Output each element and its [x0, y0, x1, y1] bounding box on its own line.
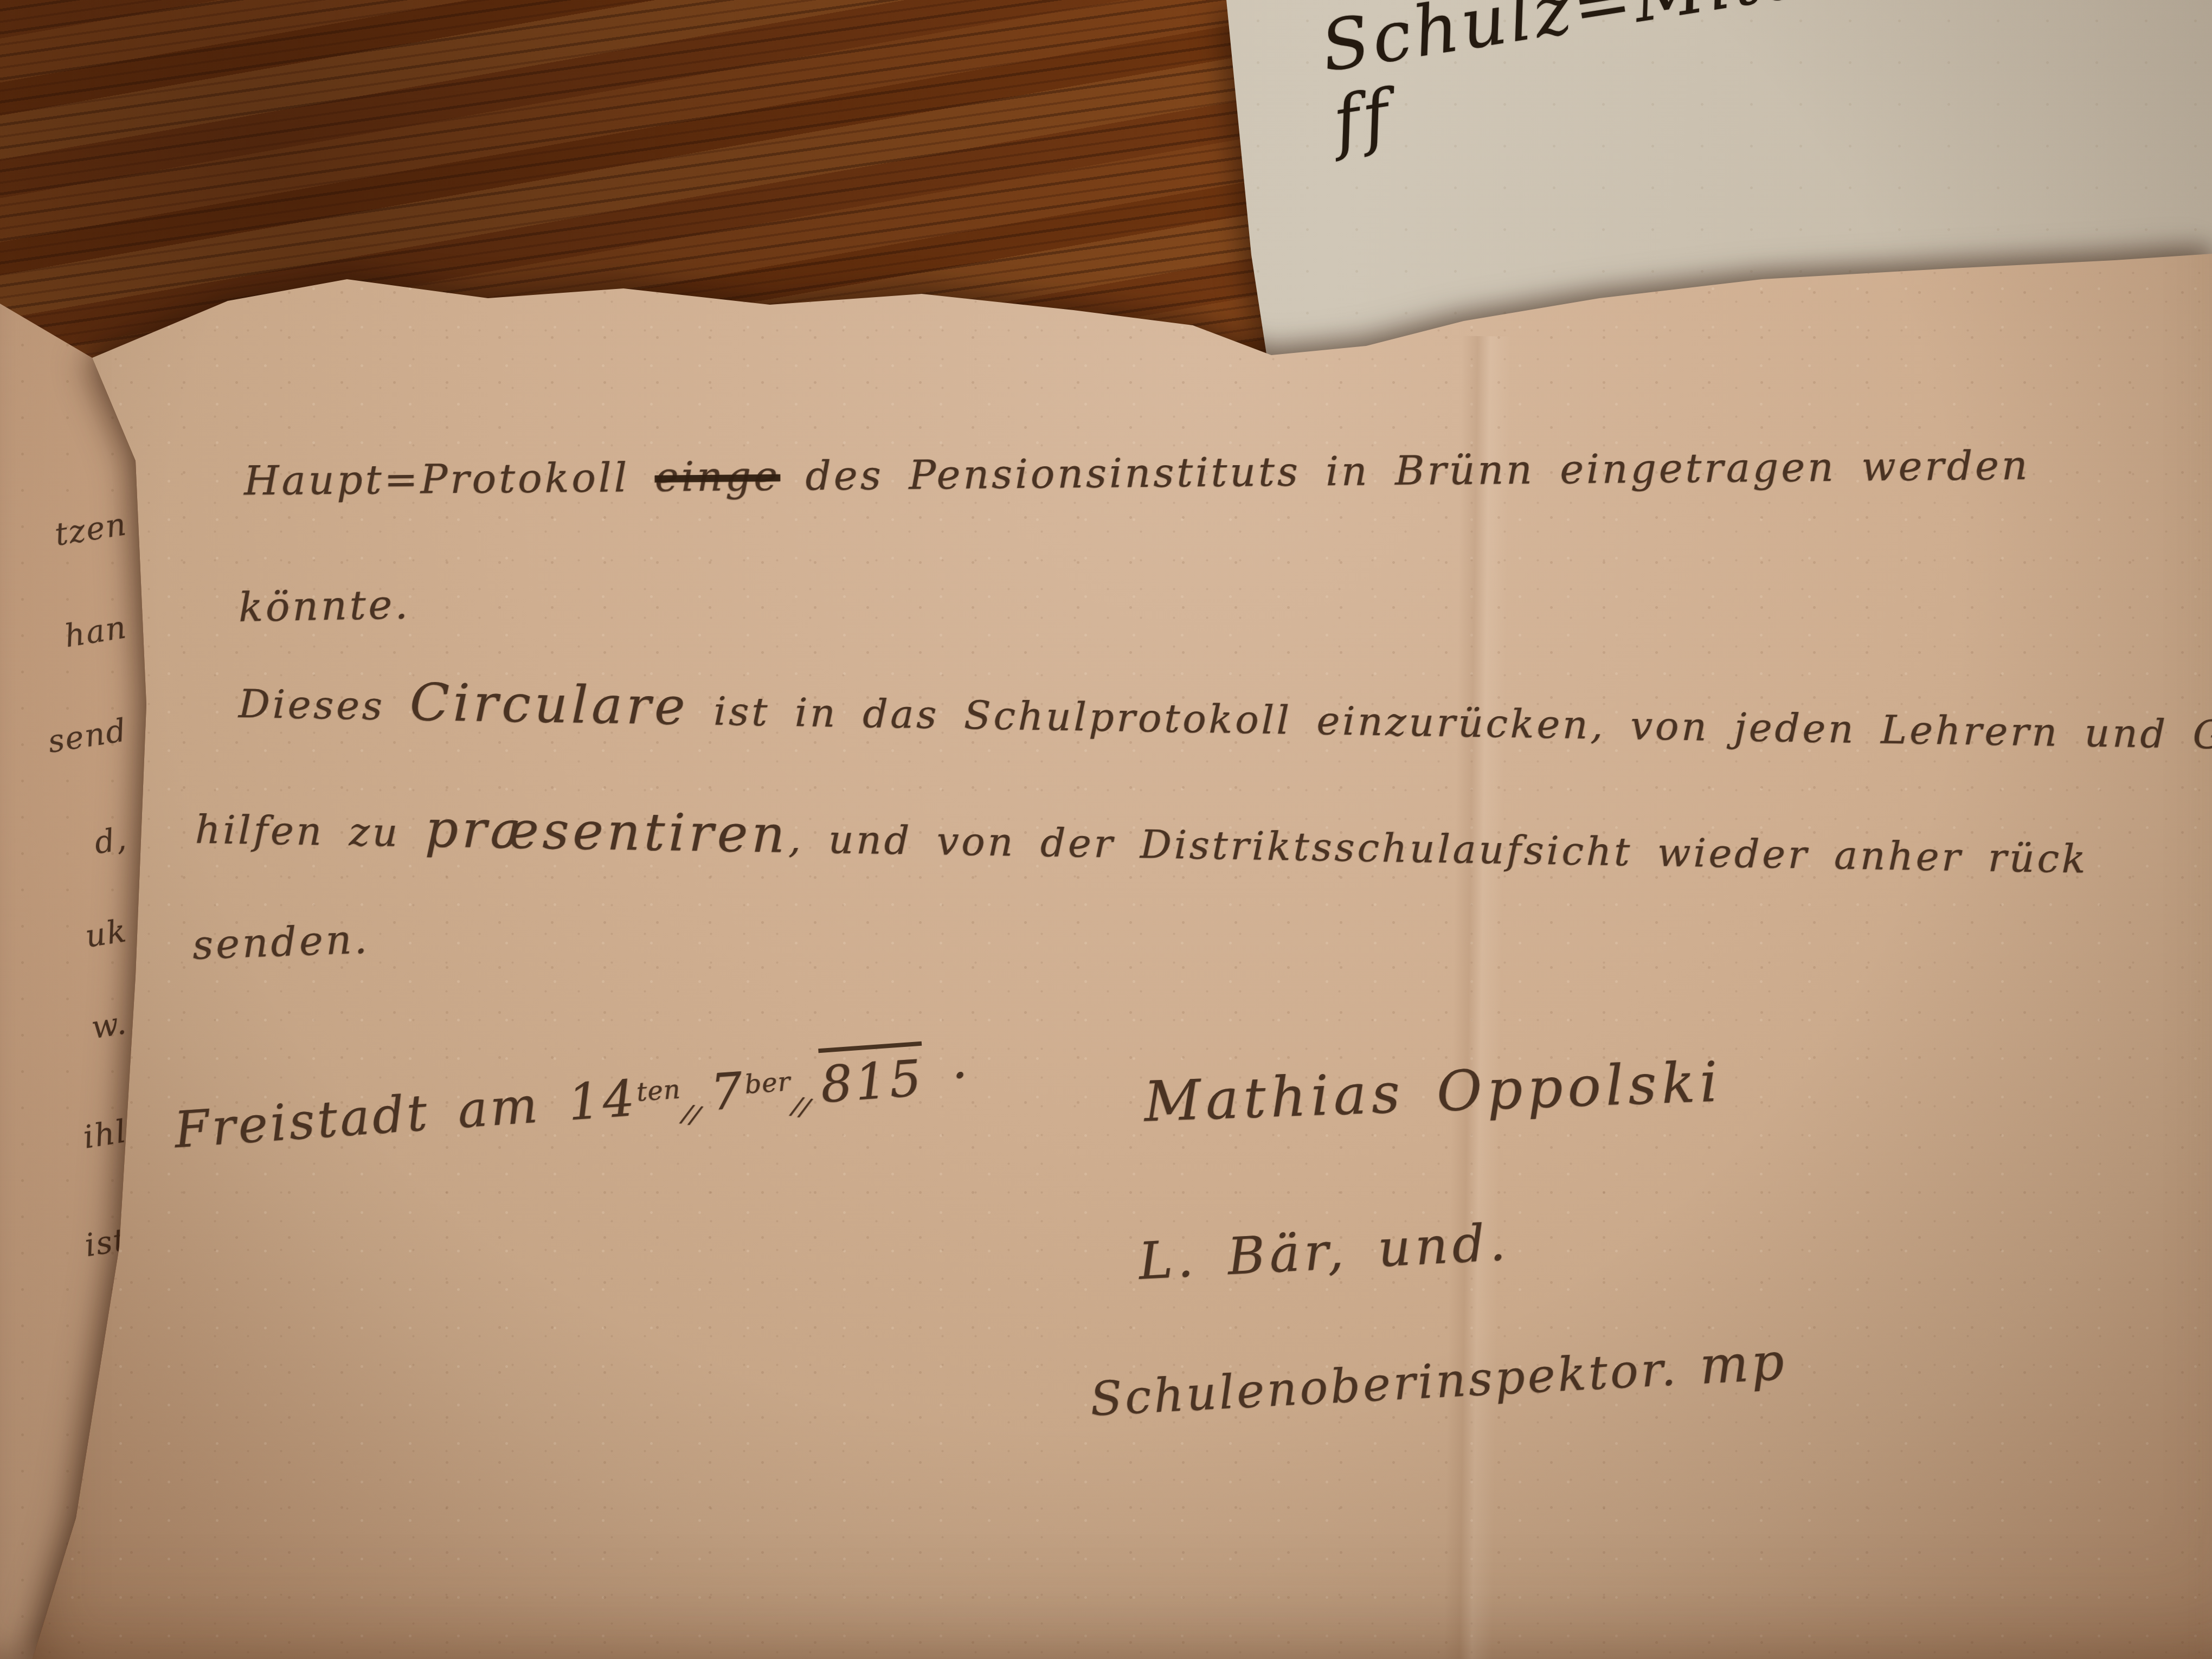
abbreviation-slashes: // [790, 1091, 812, 1123]
dateline-end-dot: · [950, 1046, 973, 1105]
signature-schulenoberinspektor: Schulenoberinspektor.mp [1089, 1332, 1788, 1427]
manu-propria-flourish: mp [1698, 1332, 1788, 1396]
dateline-month-suffix: ber [744, 1067, 792, 1100]
signature-title: Schulenoberinspektor. [1089, 1342, 1680, 1427]
circulare-line-1-start: Dieses [238, 681, 410, 729]
latin-word-praesentiren: præsentiren [425, 799, 789, 865]
circulare-line-2-start: hilfen zu [195, 807, 425, 856]
photo-scene: Schulz=Mittheilung ff tzen han send d, u… [0, 0, 2212, 1659]
signature-mathias-oppolski: Mathias Oppolski [1143, 1050, 1724, 1134]
fold-crease [1444, 336, 1511, 1659]
dateline-month: 7 [709, 1062, 747, 1122]
dateline-day: 14 [566, 1069, 639, 1132]
protocol-line-1: Haupt=Protokoll einge des Pensionsinstit… [244, 442, 2030, 505]
dateline-place: Freistadt am [172, 1074, 570, 1160]
circulare-line-1-end: ist in das Schulprotokoll einzurücken, v… [689, 688, 2212, 758]
protocol-line-2: könnte. [238, 581, 410, 631]
circulare-line-2: hilfen zu præsentiren, und von der Distr… [195, 796, 2088, 885]
dateline-year: 815 [818, 1041, 926, 1114]
abbreviation-slashes: // [680, 1098, 702, 1130]
dateline-day-suffix: ten [635, 1075, 681, 1108]
dateline: Freistadt am 14ten//7ber//815 · [172, 1046, 973, 1159]
circulare-line-1: Dieses Circulare ist in das Schulprotoko… [238, 670, 2212, 761]
protocol-line-1-end: des Pensionsinstituts in Brünn eingetrag… [780, 442, 2030, 500]
main-page-paper: Haupt=Protokoll einge des Pensionsinstit… [0, 0, 2212, 1659]
circulare-line-2-end: , und von der Distriktsschulaufsicht wie… [788, 816, 2088, 882]
struck-word: einge [654, 453, 780, 501]
circulare-line-3: senden. [192, 916, 371, 968]
main-page: Haupt=Protokoll einge des Pensionsinstit… [0, 0, 2212, 1659]
protocol-line-1-start: Haupt=Protokoll [244, 454, 655, 505]
latin-word-circulare: Circulare [409, 673, 689, 737]
